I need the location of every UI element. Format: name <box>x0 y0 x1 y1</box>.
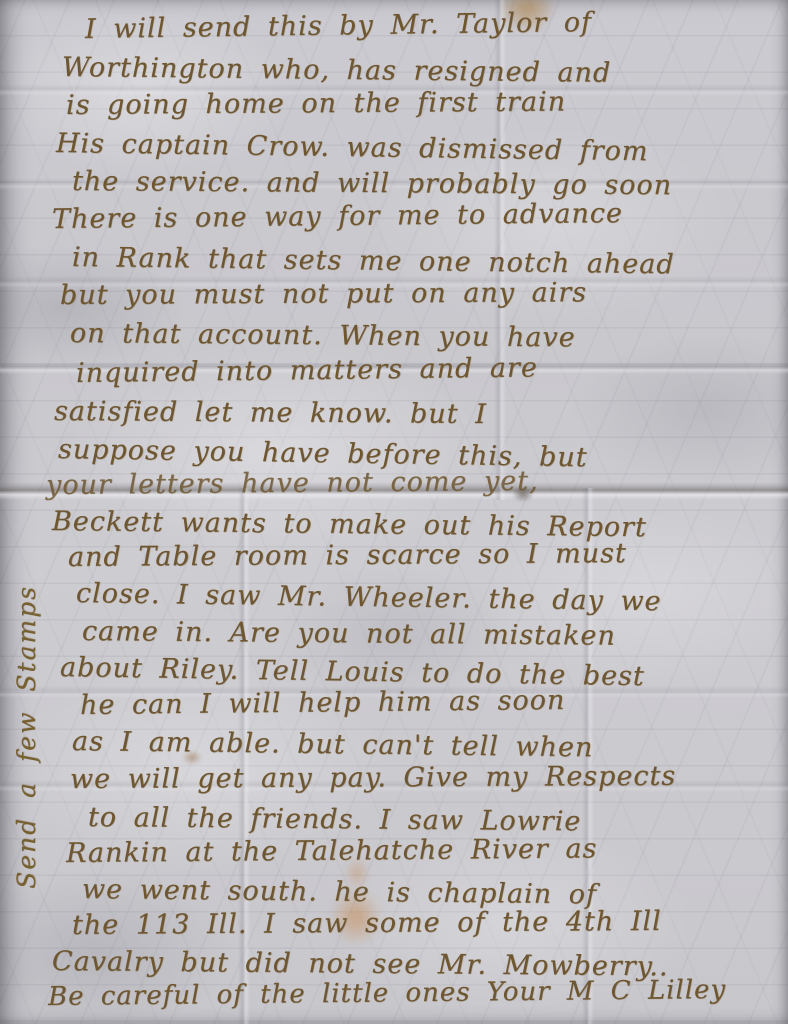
letter-line: we will get any pay. Give my Respects <box>70 761 676 795</box>
letter-line: and Table room is scarce so I must <box>68 538 627 573</box>
letter-line: His captain Crow. was dismissed from <box>56 128 649 167</box>
letter-line: to all the friends. I saw Lowrie <box>88 802 582 837</box>
margin-note: Send a few Stamps <box>12 492 54 982</box>
scan-edge-shadow <box>708 0 788 100</box>
letter-scan-page: Send a few Stamps I will send this by Mr… <box>0 0 788 1024</box>
letter-line: There is one way for me to advance <box>52 198 623 235</box>
letter-line: I will send this by Mr. Taylor of <box>85 7 592 45</box>
letter-line: in Rank that sets me one notch ahead <box>72 242 675 280</box>
letter-line: as I am able. but can't tell when <box>72 726 594 763</box>
letter-line: inquired into matters and are <box>76 352 538 389</box>
letter-line: but you must not put on any airs <box>60 277 587 311</box>
letter-line: is going home on the first train <box>66 87 566 121</box>
letter-line: close. I saw Mr. Wheeler. the day we <box>76 578 662 617</box>
letter-line: your letters have not come yet, <box>46 466 539 501</box>
letter-line: on that account. When you have <box>70 318 576 353</box>
letter-line: the 113 Ill. I saw some of the 4th Ill <box>72 906 662 941</box>
letter-line: satisfied let me know. but I <box>54 396 487 430</box>
letter-line: we went south. he is chaplain of <box>82 874 597 910</box>
letter-line-signature: Be careful of the little ones Your M C L… <box>48 975 726 1012</box>
letter-line: he can I will help him as soon <box>80 685 566 721</box>
letter-line: came in. Are you not all mistaken <box>82 616 616 652</box>
letter-line: Rankin at the Talehatche River as <box>66 833 598 869</box>
letter-line: Worthington who, has resigned and <box>62 52 612 89</box>
letter-line: the service. and will probably go soon <box>72 166 672 201</box>
